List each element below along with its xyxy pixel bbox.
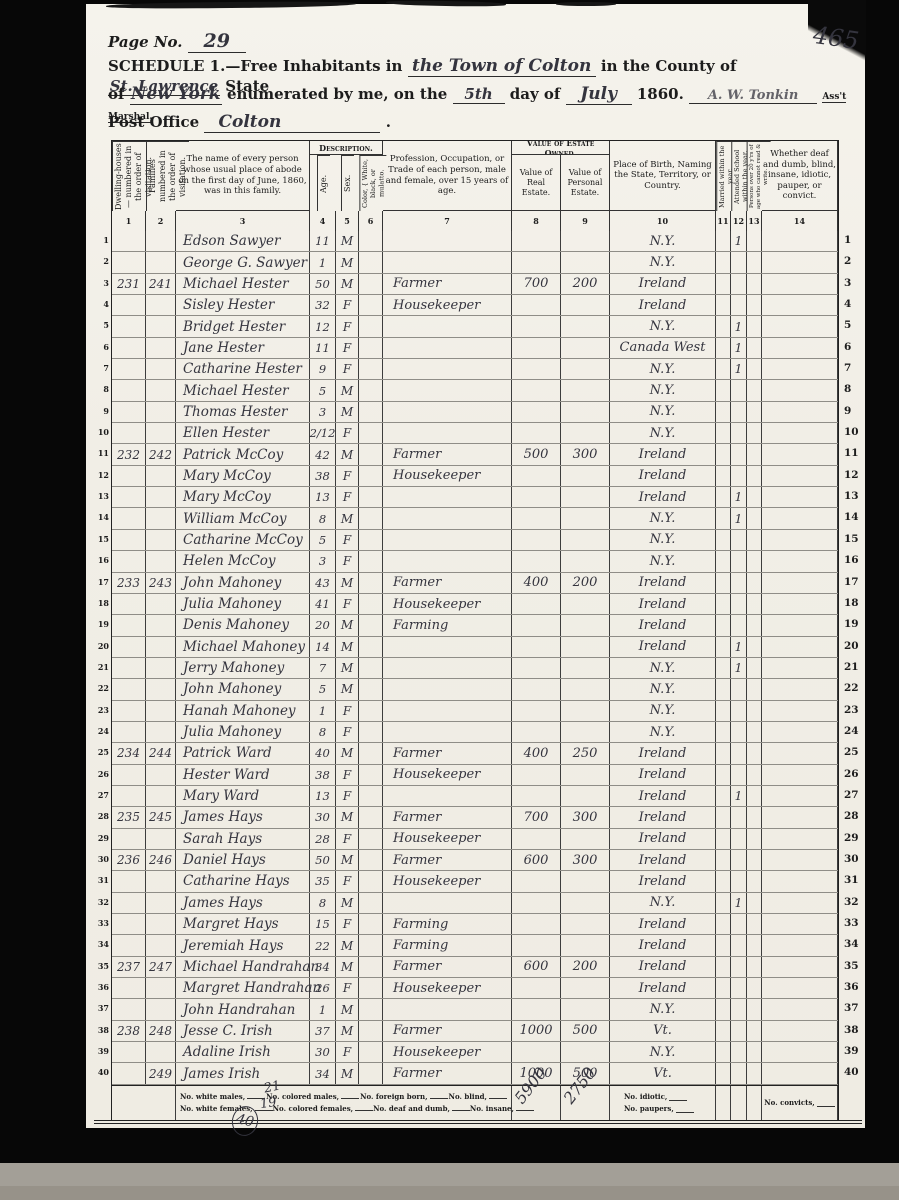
attended-school-value: 1: [731, 231, 747, 251]
attended-school-value: [731, 871, 747, 891]
insane-label: No. insane,: [470, 1104, 514, 1113]
row-number: 31: [844, 870, 859, 891]
married-within-year-value: [716, 402, 731, 422]
sex-value: M: [336, 274, 359, 294]
row-number: 28: [844, 806, 859, 827]
family-number: [146, 722, 176, 742]
birthplace-value: Ireland: [610, 935, 716, 955]
color-value: [359, 999, 383, 1019]
married-within-year-value: [716, 701, 731, 721]
sex-value: M: [336, 658, 359, 678]
person-name: George G. Sawyer: [176, 252, 310, 272]
personal-estate-value: [561, 316, 610, 336]
occupation-value: [383, 487, 512, 507]
age-value: 22: [310, 935, 336, 955]
census-row: 235 245 James Hays 30 M Farmer 700 300 I…: [112, 807, 838, 828]
dwelling-number: [112, 978, 146, 998]
remarks-value: [762, 316, 838, 336]
person-name: Sisley Hester: [176, 295, 310, 315]
married-within-year-value: [716, 935, 731, 955]
color-value: [359, 444, 383, 464]
census-row: 234 244 Patrick Ward 40 M Farmer 400 250…: [112, 743, 838, 764]
row-number: 25: [844, 742, 859, 763]
dwelling-number: [112, 338, 146, 358]
census-row: Mary Ward 13 F Ireland 1: [112, 786, 838, 807]
dwelling-number: [112, 914, 146, 934]
remarks-value: [762, 487, 838, 507]
cannot-read-write-value: [747, 615, 762, 635]
color-value: [359, 829, 383, 849]
dwelling-number: [112, 551, 146, 571]
row-number: 32: [844, 892, 859, 913]
row-number: 35: [94, 956, 109, 977]
attended-school-value: [731, 615, 747, 635]
personal-estate-value: [561, 551, 610, 571]
occupation-value: [383, 508, 512, 528]
attended-school-value: [731, 1021, 747, 1041]
attended-school-value: [731, 743, 747, 763]
cannot-read-write-value: [747, 530, 762, 550]
color-value: [359, 338, 383, 358]
census-row: Ellen Hester 2/12 F N.Y.: [112, 423, 838, 444]
cannot-read-write-value: [747, 487, 762, 507]
personal-estate-value: [561, 252, 610, 272]
of-label: of: [108, 85, 124, 103]
personal-estate-value: [561, 999, 610, 1019]
sex-value: F: [336, 765, 359, 785]
birthplace-value: Vt.: [610, 1021, 716, 1041]
person-name: Adaline Irish: [176, 1042, 310, 1062]
personal-estate-value: [561, 658, 610, 678]
col-number: 14: [762, 211, 838, 231]
page-no-line: Page No. 29: [108, 30, 851, 53]
row-number: 19: [94, 614, 109, 635]
remarks-value: [762, 380, 838, 400]
real-estate-value: [512, 914, 561, 934]
color-value: [359, 402, 383, 422]
person-name: Margret Handrahan: [176, 978, 310, 998]
row-number: 3: [94, 273, 109, 294]
dwelling-number: [112, 316, 146, 336]
personal-estate-value: 300: [561, 807, 610, 827]
family-number: [146, 487, 176, 507]
personal-estate-value: [561, 722, 610, 742]
census-row: Catharine McCoy 5 F N.Y.: [112, 530, 838, 551]
birthplace-value: Ireland: [610, 914, 716, 934]
occupation-value: Farmer: [383, 274, 512, 294]
dwelling-number: 235: [112, 807, 146, 827]
age-value: 50: [310, 274, 336, 294]
married-within-year-value: [716, 615, 731, 635]
census-row: Margret Hays 15 F Farming Ireland: [112, 914, 838, 935]
person-name: James Hays: [176, 893, 310, 913]
sex-value: F: [336, 551, 359, 571]
personal-estate-value: 200: [561, 274, 610, 294]
cannot-read-write-value: [747, 551, 762, 571]
age-value: 7: [310, 658, 336, 678]
family-number: [146, 402, 176, 422]
row-number: 6: [844, 337, 859, 358]
married-within-year-value: [716, 829, 731, 849]
family-number: 248: [146, 1021, 176, 1041]
birthplace-value: N.Y.: [610, 231, 716, 251]
row-number: 22: [844, 678, 859, 699]
remarks-value: [762, 359, 838, 379]
row-number: 18: [94, 593, 109, 614]
row-number: 4: [844, 294, 859, 315]
census-row: 249 James Irish 34 M Farmer 1000 500 Vt.: [112, 1063, 838, 1084]
cannot-read-write-value: [747, 573, 762, 593]
person-name: Jeremiah Hays: [176, 935, 310, 955]
age-value: 5: [310, 380, 336, 400]
table-body: Edson Sawyer 11 M N.Y. 1 George G. Sawye…: [112, 231, 838, 1085]
sex-value: F: [336, 829, 359, 849]
attended-school-value: [731, 914, 747, 934]
married-within-year-value: [716, 1021, 731, 1041]
occupation-value: Farming: [383, 935, 512, 955]
personal-estate-value: 250: [561, 743, 610, 763]
row-number: 37: [844, 998, 859, 1019]
married-within-year-value: [716, 508, 731, 528]
family-number: 249: [146, 1063, 176, 1083]
attended-school-value: [731, 978, 747, 998]
remarks-value: [762, 1042, 838, 1062]
color-value: [359, 658, 383, 678]
row-number: 12: [94, 465, 109, 486]
dwelling-number: 233: [112, 573, 146, 593]
dwelling-number: [112, 893, 146, 913]
convicts-label: No. convicts,: [764, 1098, 814, 1107]
dwelling-number: [112, 423, 146, 443]
attended-school-value: [731, 551, 747, 571]
cannot-read-write-value: [747, 1063, 762, 1083]
family-number: [146, 829, 176, 849]
sex-value: F: [336, 359, 359, 379]
color-value: [359, 957, 383, 977]
birthplace-value: N.Y.: [610, 658, 716, 678]
person-name: Michael Hester: [176, 274, 310, 294]
col-real-estate-header: Value of Real Estate.: [512, 155, 561, 211]
person-name: Hanah Mahoney: [176, 701, 310, 721]
remarks-value: [762, 786, 838, 806]
personal-estate-value: [561, 423, 610, 443]
occupation-value: Farming: [383, 615, 512, 635]
married-within-year-value: [716, 231, 731, 251]
row-number: 28: [94, 806, 109, 827]
cannot-read-write-value: [747, 679, 762, 699]
married-within-year-value: [716, 871, 731, 891]
census-row: 238 248 Jesse C. Irish 37 M Farmer 1000 …: [112, 1021, 838, 1042]
color-value: [359, 274, 383, 294]
person-name: Daniel Hays: [176, 850, 310, 870]
age-value: 30: [310, 1042, 336, 1062]
row-number: 27: [844, 785, 859, 806]
footer-convicts: No. convicts,: [762, 1086, 838, 1120]
estate-group-header: Value of Estate Owned.: [512, 141, 610, 155]
row-number: 17: [844, 572, 859, 593]
married-within-year-value: [716, 1042, 731, 1062]
col-number: 6: [359, 211, 383, 231]
attended-school-value: [731, 999, 747, 1019]
family-number: [146, 978, 176, 998]
birthplace-value: N.Y.: [610, 551, 716, 571]
page-no-label: Page No.: [108, 33, 183, 51]
cannot-read-write-value: [747, 444, 762, 464]
age-value: 32: [310, 295, 336, 315]
col-number: 1: [112, 211, 146, 231]
attended-school-value: 1: [731, 316, 747, 336]
birthplace-value: N.Y.: [610, 508, 716, 528]
row-number: 24: [844, 721, 859, 742]
birthplace-value: Ireland: [610, 978, 716, 998]
occupation-value: [383, 252, 512, 272]
attended-school-value: [731, 594, 747, 614]
age-value: 41: [310, 594, 336, 614]
cannot-read-write-value: [747, 850, 762, 870]
color-value: [359, 893, 383, 913]
row-number: 15: [844, 529, 859, 550]
birthplace-value: N.Y.: [610, 530, 716, 550]
married-within-year-value: [716, 786, 731, 806]
sex-value: M: [336, 1063, 359, 1083]
post-office-label: Post Office: [108, 113, 199, 131]
cannot-read-write-value: [747, 231, 762, 251]
month-value: July: [580, 84, 617, 104]
white-males-total: 21: [263, 1078, 282, 1096]
birthplace-value: Ireland: [610, 765, 716, 785]
sex-value: M: [336, 508, 359, 528]
real-estate-value: [512, 530, 561, 550]
attended-school-value: 1: [731, 637, 747, 657]
family-number: [146, 252, 176, 272]
family-number: [146, 679, 176, 699]
age-value: 8: [310, 893, 336, 913]
married-within-year-value: [716, 444, 731, 464]
occupation-value: Housekeeper: [383, 978, 512, 998]
birthplace-value: Canada West: [610, 338, 716, 358]
dwelling-number: [112, 701, 146, 721]
remarks-value: [762, 466, 838, 486]
married-within-year-value: [716, 722, 731, 742]
person-name: Catharine McCoy: [176, 530, 310, 550]
sex-value: M: [336, 850, 359, 870]
age-value: 1: [310, 701, 336, 721]
census-row: James Hays 8 M N.Y. 1: [112, 893, 838, 914]
census-row: Catharine Hester 9 F N.Y. 1: [112, 359, 838, 380]
sex-value: F: [336, 594, 359, 614]
sex-value: F: [336, 487, 359, 507]
census-table: 1234567891011121314151617181920212223242…: [94, 140, 859, 1121]
age-value: 9: [310, 359, 336, 379]
census-row: 233 243 John Mahoney 43 M Farmer 400 200…: [112, 573, 838, 594]
age-value: 40: [310, 743, 336, 763]
real-estate-value: 400: [512, 743, 561, 763]
remarks-value: [762, 274, 838, 294]
personal-estate-value: [561, 231, 610, 251]
person-name: Michael Mahoney: [176, 637, 310, 657]
sex-value: M: [336, 231, 359, 251]
blind-label: No. blind,: [449, 1092, 487, 1101]
married-within-year-value: [716, 999, 731, 1019]
census-row: Michael Mahoney 14 M Ireland 1: [112, 637, 838, 658]
family-number: 241: [146, 274, 176, 294]
dwelling-number: [112, 295, 146, 315]
bottom-double-rule: [94, 1120, 862, 1124]
col-personal-estate-header: Value of Personal Estate.: [561, 155, 610, 211]
row-number: 23: [844, 700, 859, 721]
color-value: [359, 380, 383, 400]
real-estate-value: [512, 935, 561, 955]
real-estate-value: [512, 551, 561, 571]
color-value: [359, 765, 383, 785]
person-name: John Mahoney: [176, 573, 310, 593]
table-footer: No. white males, No. colored males, No. …: [112, 1085, 838, 1120]
census-row: Julia Mahoney 41 F Housekeeper Ireland: [112, 594, 838, 615]
cannot-read-write-value: [747, 295, 762, 315]
birthplace-value: Ireland: [610, 274, 716, 294]
family-number: [146, 786, 176, 806]
sex-value: F: [336, 295, 359, 315]
real-estate-value: [512, 658, 561, 678]
dwelling-number: [112, 466, 146, 486]
remarks-value: [762, 743, 838, 763]
age-value: 8: [310, 722, 336, 742]
col-number: 12: [731, 211, 747, 231]
color-value: [359, 679, 383, 699]
occupation-value: [383, 380, 512, 400]
real-estate-value: [512, 701, 561, 721]
row-number: 16: [94, 550, 109, 571]
remarks-value: [762, 871, 838, 891]
footer-spacer: [112, 1086, 176, 1120]
remarks-value: [762, 935, 838, 955]
dwelling-number: [112, 615, 146, 635]
row-number: 17: [94, 572, 109, 593]
row-numbers-left: 1234567891011121314151617181920212223242…: [94, 140, 111, 1121]
person-name: Catharine Hays: [176, 871, 310, 891]
attended-school-value: [731, 252, 747, 272]
family-number: [146, 508, 176, 528]
schedule-title: SCHEDULE 1.—Free Inhabitants in: [108, 57, 402, 75]
real-estate-value: [512, 978, 561, 998]
personal-estate-value: 300: [561, 850, 610, 870]
row-number: 19: [844, 614, 859, 635]
marshal-signature: A. W. Tonkin: [708, 88, 798, 103]
family-number: [146, 637, 176, 657]
cannot-read-write-value: [747, 957, 762, 977]
census-row: Sisley Hester 32 F Housekeeper Ireland: [112, 295, 838, 316]
personal-estate-value: [561, 637, 610, 657]
row-number: 16: [844, 550, 859, 571]
person-name: Edson Sawyer: [176, 231, 310, 251]
person-name: Sarah Hays: [176, 829, 310, 849]
sex-value: M: [336, 637, 359, 657]
row-numbers-right: 1234567891011121314151617181920212223242…: [839, 140, 859, 1121]
family-number: [146, 999, 176, 1019]
col-family-header: Families numbered in the order of visita…: [146, 141, 189, 211]
person-name: James Hays: [176, 807, 310, 827]
color-value: [359, 850, 383, 870]
census-row: Bridget Hester 12 F N.Y. 1: [112, 316, 838, 337]
family-number: 247: [146, 957, 176, 977]
real-estate-value: [512, 316, 561, 336]
sex-value: M: [336, 679, 359, 699]
scan-smudge: [556, 2, 616, 6]
color-value: [359, 423, 383, 443]
deaf-dumb-label: No. deaf and dumb,: [373, 1104, 450, 1113]
footer-real-estate-total-cell: 5900: [512, 1086, 561, 1120]
family-number: [146, 231, 176, 251]
personal-estate-value: 200: [561, 957, 610, 977]
personal-estate-value: [561, 594, 610, 614]
occupation-value: Housekeeper: [383, 1042, 512, 1062]
col-number: 9: [561, 211, 610, 231]
attended-school-value: [731, 274, 747, 294]
row-number: 8: [94, 379, 109, 400]
row-number: 24: [94, 721, 109, 742]
color-value: [359, 573, 383, 593]
dwelling-number: 231: [112, 274, 146, 294]
age-value: 30: [310, 807, 336, 827]
married-within-year-value: [716, 295, 731, 315]
row-number: 26: [844, 764, 859, 785]
married-within-year-value: [716, 359, 731, 379]
sex-value: M: [336, 615, 359, 635]
attended-school-value: [731, 765, 747, 785]
married-within-year-value: [716, 1063, 731, 1083]
real-estate-value: [512, 338, 561, 358]
real-estate-value: [512, 999, 561, 1019]
married-within-year-value: [716, 487, 731, 507]
family-number: [146, 615, 176, 635]
real-estate-value: [512, 295, 561, 315]
remarks-value: [762, 423, 838, 443]
enumerated-label: enumerated by me, on the: [227, 85, 447, 103]
person-name: Jesse C. Irish: [176, 1021, 310, 1041]
married-within-year-value: [716, 850, 731, 870]
census-row: 232 242 Patrick McCoy 42 M Farmer 500 30…: [112, 444, 838, 465]
age-value: 1: [310, 252, 336, 272]
sex-value: M: [336, 893, 359, 913]
personal-estate-value: [561, 530, 610, 550]
person-name: John Handrahan: [176, 999, 310, 1019]
color-value: [359, 807, 383, 827]
attended-school-value: 1: [731, 359, 747, 379]
dwelling-number: [112, 786, 146, 806]
remarks-value: [762, 1063, 838, 1083]
birthplace-value: Ireland: [610, 807, 716, 827]
birthplace-value: Ireland: [610, 637, 716, 657]
color-value: [359, 466, 383, 486]
row-number: 38: [94, 1020, 109, 1041]
dwelling-number: [112, 359, 146, 379]
row-number: 2: [844, 251, 859, 272]
occupation-value: [383, 359, 512, 379]
footer-empty-cell: [716, 1086, 731, 1120]
color-value: [359, 722, 383, 742]
dwelling-number: [112, 722, 146, 742]
dwelling-number: [112, 594, 146, 614]
birthplace-value: Ireland: [610, 786, 716, 806]
dwelling-number: 236: [112, 850, 146, 870]
color-value: [359, 1021, 383, 1041]
family-number: [146, 423, 176, 443]
sex-value: F: [336, 722, 359, 742]
birthplace-value: N.Y.: [610, 679, 716, 699]
personal-estate-value: [561, 978, 610, 998]
occupation-value: [383, 722, 512, 742]
row-number: 9: [94, 401, 109, 422]
